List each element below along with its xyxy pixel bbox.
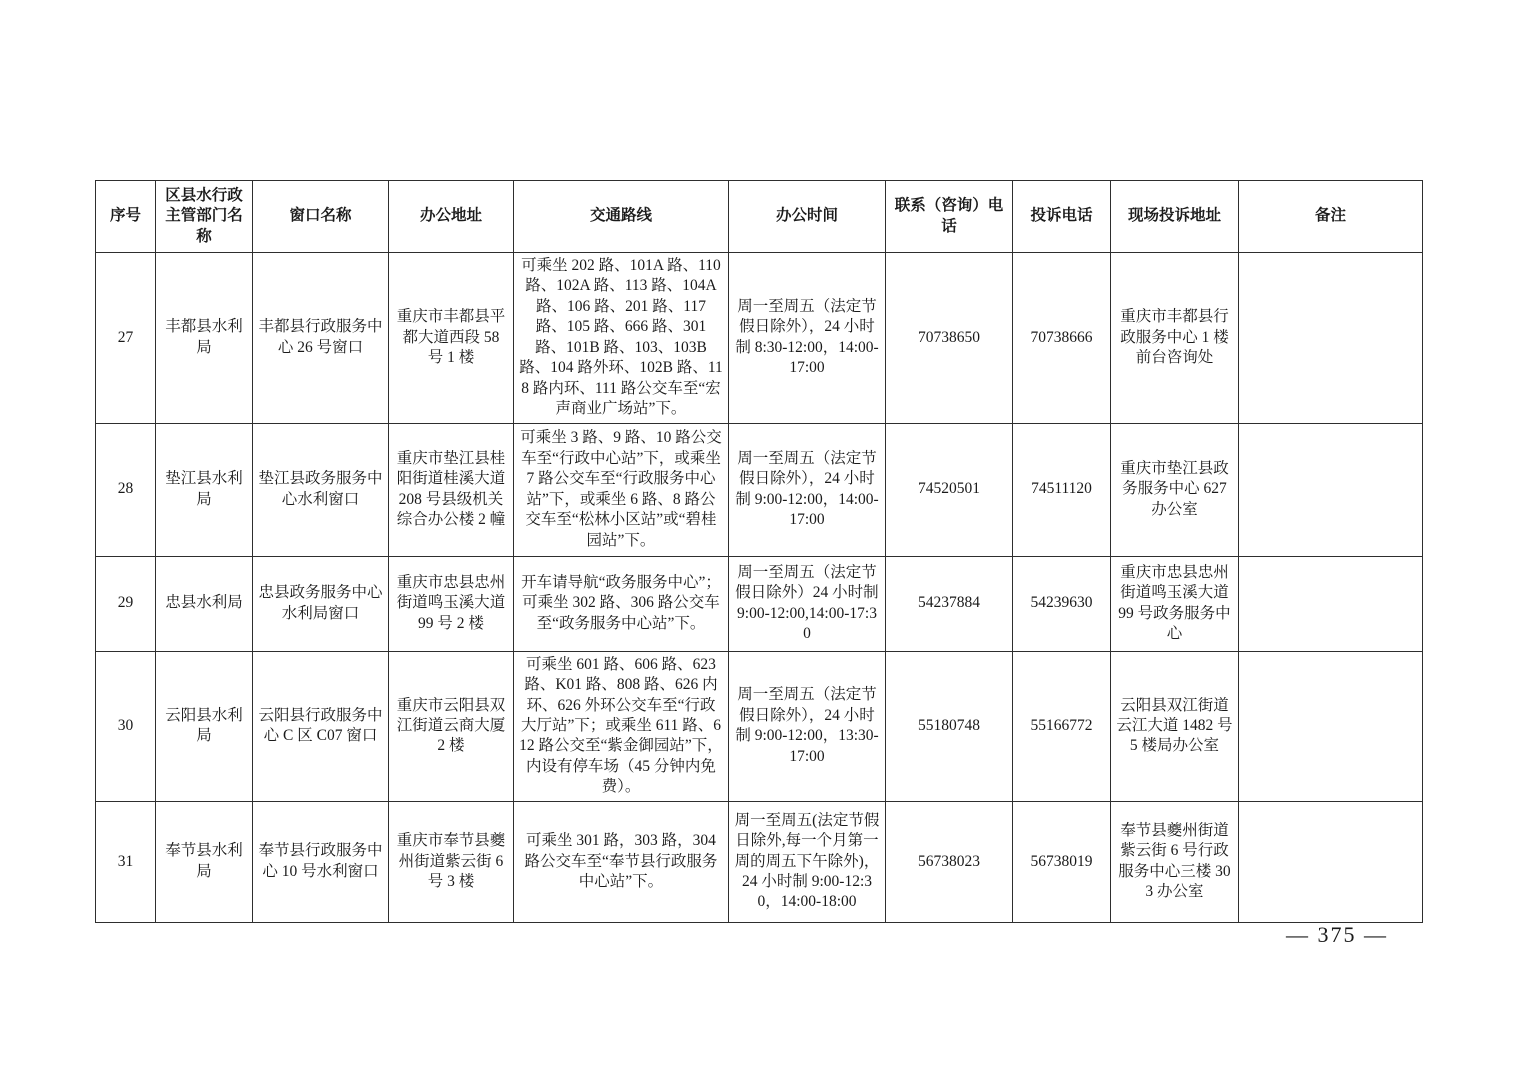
- cell-complaint-phone: 70738666: [1013, 253, 1111, 424]
- cell-window-name: 丰都县行政服务中心 26 号窗口: [253, 253, 389, 424]
- cell-transport-route: 可乘坐 202 路、101A 路、110 路、102A 路、113 路、104A…: [514, 253, 729, 424]
- cell-window-name: 奉节县行政服务中心 10 号水利窗口: [253, 801, 389, 922]
- header-serial: 序号: [96, 181, 156, 253]
- cell-contact-phone: 56738023: [886, 801, 1013, 922]
- cell-serial: 28: [96, 423, 156, 556]
- table-row: 29 忠县水利局 忠县政务服务中心水利局窗口 重庆市忠县忠州街道鸣玉溪大道 99…: [96, 556, 1423, 651]
- cell-complaint-phone: 55166772: [1013, 651, 1111, 801]
- cell-department: 云阳县水利局: [156, 651, 253, 801]
- cell-office-address: 重庆市垫江县桂阳街道桂溪大道 208 号县级机关综合办公楼 2 幢: [389, 423, 514, 556]
- cell-remark: [1239, 651, 1423, 801]
- cell-department: 忠县水利局: [156, 556, 253, 651]
- cell-remark: [1239, 556, 1423, 651]
- cell-transport-route: 可乘坐 3 路、9 路、10 路公交车至“行政中心站”下，或乘坐 7 路公交车至…: [514, 423, 729, 556]
- cell-office-address: 重庆市忠县忠州街道鸣玉溪大道 99 号 2 楼: [389, 556, 514, 651]
- cell-office-hours: 周一至周五（法定节假日除外），24 小时制 8:30-12:00，14:00-1…: [729, 253, 886, 424]
- table-row: 27 丰都县水利局 丰都县行政服务中心 26 号窗口 重庆市丰都县平都大道西段 …: [96, 253, 1423, 424]
- cell-department: 垫江县水利局: [156, 423, 253, 556]
- cell-complaint-address: 云阳县双江街道云江大道 1482 号 5 楼局办公室: [1111, 651, 1239, 801]
- cell-office-address: 重庆市丰都县平都大道西段 58 号 1 楼: [389, 253, 514, 424]
- header-complaint-phone: 投诉电话: [1013, 181, 1111, 253]
- cell-window-name: 云阳县行政服务中心 C 区 C07 窗口: [253, 651, 389, 801]
- cell-contact-phone: 70738650: [886, 253, 1013, 424]
- cell-window-name: 垫江县政务服务中心水利窗口: [253, 423, 389, 556]
- header-remark: 备注: [1239, 181, 1423, 253]
- cell-complaint-address: 重庆市垫江县政务服务中心 627 办公室: [1111, 423, 1239, 556]
- table-row: 28 垫江县水利局 垫江县政务服务中心水利窗口 重庆市垫江县桂阳街道桂溪大道 2…: [96, 423, 1423, 556]
- cell-complaint-address: 重庆市丰都县行政服务中心 1 楼前台咨询处: [1111, 253, 1239, 424]
- cell-contact-phone: 55180748: [886, 651, 1013, 801]
- cell-complaint-address: 重庆市忠县忠州街道鸣玉溪大道 99 号政务服务中心: [1111, 556, 1239, 651]
- table-row: 30 云阳县水利局 云阳县行政服务中心 C 区 C07 窗口 重庆市云阳县双江街…: [96, 651, 1423, 801]
- cell-complaint-address: 奉节县夔州街道紫云街 6 号行政服务中心三楼 303 办公室: [1111, 801, 1239, 922]
- cell-contact-phone: 74520501: [886, 423, 1013, 556]
- cell-serial: 31: [96, 801, 156, 922]
- page-number: — 375 —: [1262, 922, 1412, 948]
- cell-complaint-phone: 74511120: [1013, 423, 1111, 556]
- cell-transport-route: 可乘坐 601 路、606 路、623 路、K01 路、808 路、626 内环…: [514, 651, 729, 801]
- table-header-row: 序号 区县水行政主管部门名称 窗口名称 办公地址 交通路线 办公时间 联系（咨询…: [96, 181, 1423, 253]
- cell-office-hours: 周一至周五（法定节假日除外），24 小时制 9:00-12:00，13:30-1…: [729, 651, 886, 801]
- cell-transport-route: 开车请导航“政务服务中心”；可乘坐 302 路、306 路公交车至“政务服务中心…: [514, 556, 729, 651]
- cell-contact-phone: 54237884: [886, 556, 1013, 651]
- cell-remark: [1239, 801, 1423, 922]
- cell-serial: 27: [96, 253, 156, 424]
- header-department: 区县水行政主管部门名称: [156, 181, 253, 253]
- cell-transport-route: 可乘坐 301 路，303 路，304 路公交车至“奉节县行政服务中心站”下。: [514, 801, 729, 922]
- cell-department: 奉节县水利局: [156, 801, 253, 922]
- header-complaint-address: 现场投诉地址: [1111, 181, 1239, 253]
- cell-remark: [1239, 253, 1423, 424]
- header-transport-route: 交通路线: [514, 181, 729, 253]
- cell-window-name: 忠县政务服务中心水利局窗口: [253, 556, 389, 651]
- header-window-name: 窗口名称: [253, 181, 389, 253]
- header-contact-phone: 联系（咨询）电话: [886, 181, 1013, 253]
- cell-office-address: 重庆市云阳县双江街道云商大厦 2 楼: [389, 651, 514, 801]
- cell-office-address: 重庆市奉节县夔州街道紫云街 6 号 3 楼: [389, 801, 514, 922]
- cell-complaint-phone: 56738019: [1013, 801, 1111, 922]
- header-office-address: 办公地址: [389, 181, 514, 253]
- cell-department: 丰都县水利局: [156, 253, 253, 424]
- cell-office-hours: 周一至周五（法定节假日除外），24 小时制 9:00-12:00，14:00-1…: [729, 423, 886, 556]
- table-row: 31 奉节县水利局 奉节县行政服务中心 10 号水利窗口 重庆市奉节县夔州街道紫…: [96, 801, 1423, 922]
- cell-serial: 29: [96, 556, 156, 651]
- cell-remark: [1239, 423, 1423, 556]
- document-page: 序号 区县水行政主管部门名称 窗口名称 办公地址 交通路线 办公时间 联系（咨询…: [0, 0, 1520, 1074]
- cell-serial: 30: [96, 651, 156, 801]
- cell-office-hours: 周一至周五(法定节假日除外,每一个月第一周的周五下午除外)，24 小时制 9:0…: [729, 801, 886, 922]
- header-office-hours: 办公时间: [729, 181, 886, 253]
- service-window-table: 序号 区县水行政主管部门名称 窗口名称 办公地址 交通路线 办公时间 联系（咨询…: [95, 180, 1423, 923]
- cell-complaint-phone: 54239630: [1013, 556, 1111, 651]
- cell-office-hours: 周一至周五（法定节假日除外）24 小时制 9:00-12:00,14:00-17…: [729, 556, 886, 651]
